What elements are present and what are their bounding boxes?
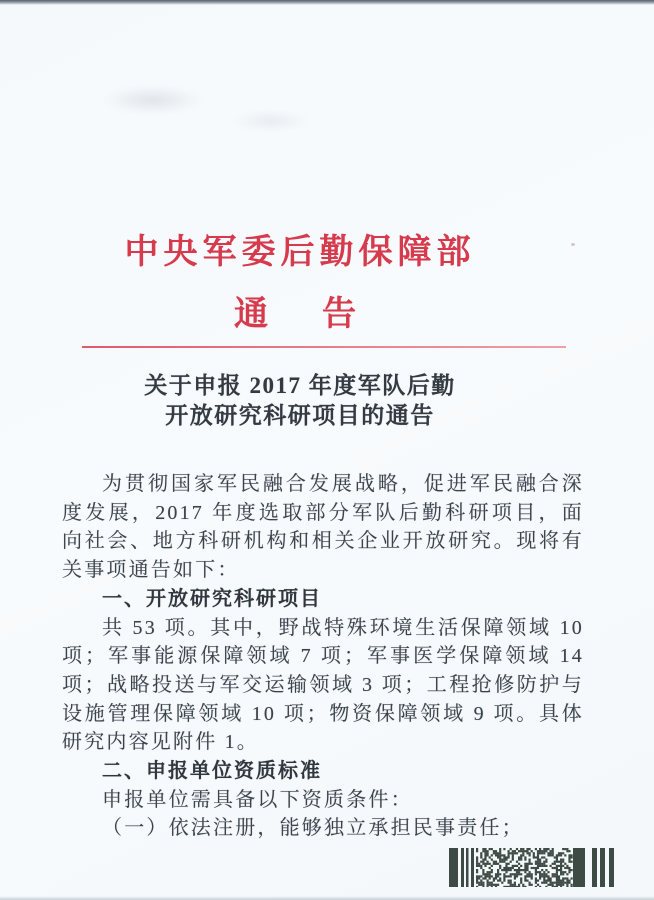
scan-edge-top bbox=[0, 0, 654, 5]
page-number: 1 bbox=[40, 819, 580, 835]
body-paragraph: 为贯彻国家军民融合发展战略，促进军民融合深度发展，2017 年度选取部分军队后勤… bbox=[62, 470, 584, 585]
document-title: 关于申报 2017 年度军队后勤 开放研究科研项目的通告 bbox=[40, 371, 560, 431]
document-title-line1: 关于申报 2017 年度军队后勤 bbox=[40, 371, 560, 401]
issuing-organization: 中央军委后勤保障部 bbox=[40, 224, 560, 273]
section-heading: 一、开放研究科研项目 bbox=[62, 585, 584, 614]
barcode bbox=[449, 848, 615, 887]
header-divider-rule bbox=[82, 346, 566, 348]
body-paragraph: 申报单位需具备以下资质条件： bbox=[62, 786, 584, 815]
scanned-document-page: 中央军委后勤保障部 通 告 关于申报 2017 年度军队后勤 开放研究科研项目的… bbox=[0, 0, 654, 900]
scan-speck bbox=[571, 243, 575, 246]
scan-edge-bottom bbox=[0, 896, 654, 900]
scan-smudge bbox=[103, 86, 203, 114]
scan-smudge bbox=[232, 110, 310, 132]
document-title-line2: 开放研究科研项目的通告 bbox=[40, 401, 560, 431]
section-heading: 二、申报单位资质标准 bbox=[62, 757, 584, 786]
body-paragraph: 共 53 项。其中，野战特殊环境生活保障领域 10 项；军事能源保障领域 7 项… bbox=[62, 614, 584, 758]
document-type-heading: 通 告 bbox=[40, 286, 560, 335]
document-body: 为贯彻国家军民融合发展战略，促进军民融合深度发展，2017 年度选取部分军队后勤… bbox=[62, 470, 584, 843]
